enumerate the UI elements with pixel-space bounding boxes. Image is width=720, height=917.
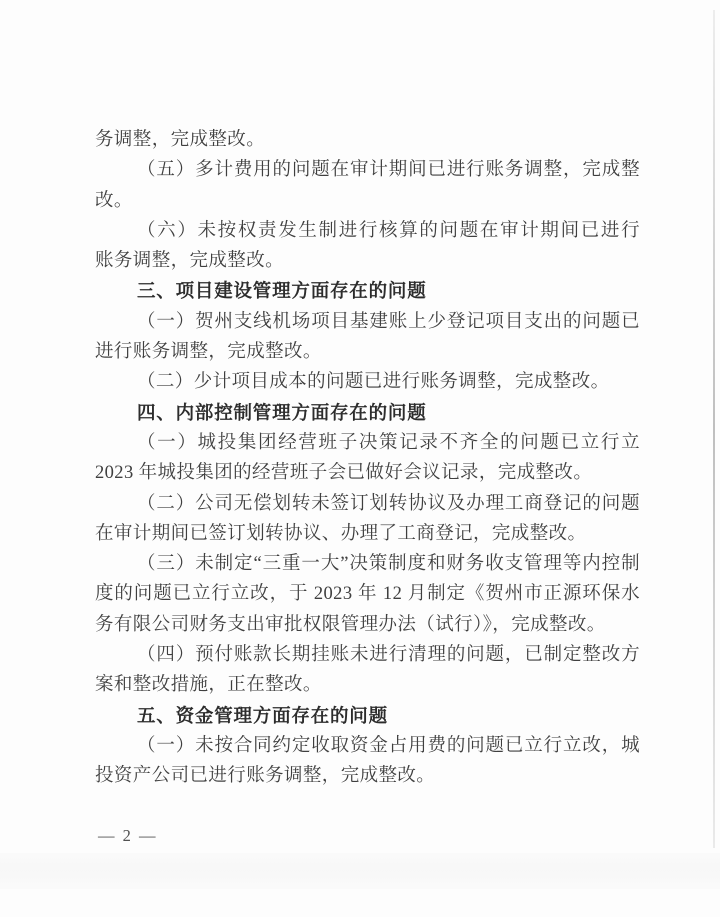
- scan-noise-artifact: [0, 853, 720, 889]
- paragraph-line: （二）少计项目成本的问题已进行账务调整，完成整改。: [95, 367, 640, 397]
- paragraph-line: 进行账务调整，完成整改。: [95, 337, 640, 367]
- paragraph-line: （二）公司无偿划转未签订划转协议及办理工商登记的问题: [95, 489, 640, 519]
- document-body: 务调整，完成整改。（五）多计费用的问题在审计期间已进行账务调整，完成整改。（六）…: [95, 125, 640, 792]
- page-number: — 2 —: [98, 826, 158, 846]
- paragraph-line: 投资产公司已进行账务调整，完成整改。: [95, 761, 640, 791]
- paragraph-line: （五）多计费用的问题在审计期间已进行账务调整，完成整: [95, 155, 640, 185]
- paragraph-line: （四）预付账款长期挂账未进行清理的问题，已制定整改方: [95, 640, 640, 670]
- document-page: 务调整，完成整改。（五）多计费用的问题在审计期间已进行账务调整，完成整改。（六）…: [0, 0, 720, 917]
- paragraph-line: （一）贺州支线机场项目基建账上少登记项目支出的问题已: [95, 307, 640, 337]
- paragraph-line: 案和整改措施，正在整改。: [95, 670, 640, 700]
- paragraph-line: （六）未按权责发生制进行核算的问题在审计期间已进行: [95, 216, 640, 246]
- paragraph-line: 务调整，完成整改。: [95, 125, 640, 155]
- paragraph-line: 改。: [95, 186, 640, 216]
- section-heading: 四、内部控制管理方面存在的问题: [95, 398, 640, 428]
- paragraph-line: （一）未按合同约定收取资金占用费的问题已立行立改，城: [95, 731, 640, 761]
- paragraph-line: （三）未制定“三重一大”决策制度和财务收支管理等内控制: [95, 549, 640, 579]
- paragraph-line: 度的问题已立行立改，于 2023 年 12 月制定《贺州市正源环保水: [95, 579, 640, 609]
- paragraph-line: 务有限公司财务支出审批权限管理办法（试行）》，完成整改。: [95, 610, 640, 640]
- section-heading: 三、项目建设管理方面存在的问题: [95, 276, 640, 306]
- section-heading: 五、资金管理方面存在的问题: [95, 701, 640, 731]
- paragraph-line: 2023 年城投集团的经营班子会已做好会议记录，完成整改。: [95, 458, 640, 488]
- paragraph-line: 账务调整，完成整改。: [95, 246, 640, 276]
- scan-edge-artifact: [713, 10, 715, 848]
- paragraph-line: （一）城投集团经营班子决策记录不齐全的问题已立行立改，: [95, 428, 640, 458]
- paragraph-line: 在审计期间已签订划转协议、办理了工商登记，完成整改。: [95, 519, 640, 549]
